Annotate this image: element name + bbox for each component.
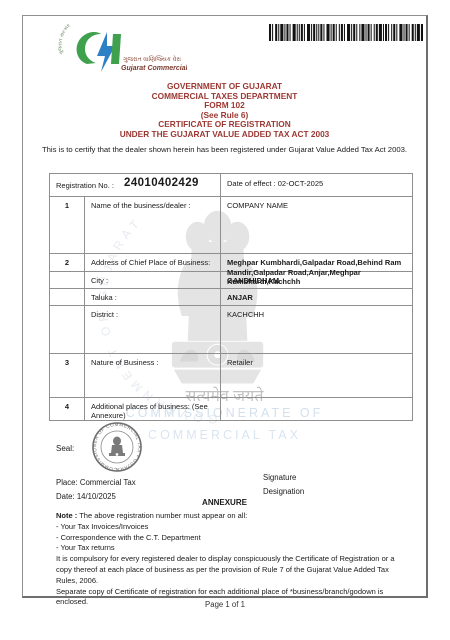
logo-green-swoosh (77, 32, 101, 64)
signature-label: Signature (263, 471, 304, 485)
designation-label: Designation (263, 485, 304, 499)
registration-number-label: Registration No. : (56, 181, 114, 190)
row-label: District : (84, 306, 220, 353)
logo-arc-text: ગુજરાત સરકાર (57, 22, 72, 55)
annexure-note-block: Note : The above registration number mus… (56, 511, 402, 608)
registration-number-cell: Registration No. : 24010402429 (50, 174, 220, 196)
note-text: The above registration number must appea… (79, 511, 247, 520)
row-number (50, 289, 84, 305)
row-label: City : (84, 272, 220, 288)
row-number (50, 306, 84, 353)
row-value: Meghpar Kumbhardi,Galpadar Road,Behind R… (220, 254, 412, 271)
header-act: UNDER THE GUJARAT VALUE ADDED TAX ACT 20… (23, 130, 426, 140)
note-paragraph-display-rule: It is compulsory for every registered de… (56, 554, 402, 586)
official-seal: COMMISSIONER OF COMMERCIAL TAX • GUJARAT… (91, 421, 143, 473)
annexure-title: ANNEXURE (23, 498, 426, 507)
seal-label: Seal: (56, 444, 74, 453)
note-item-invoices: - Your Tax Invoices/Invoices (56, 522, 402, 533)
table-row-address: 2 Address of Chief Place of Business: Me… (50, 254, 412, 272)
row-value: Retailer (220, 354, 412, 397)
table-row-taluka: Taluka : ANJAR (50, 289, 412, 306)
logo-green-bar (111, 34, 121, 64)
table-row-additional-places: 4 Additional places of business: (See An… (50, 398, 412, 420)
date-of-effect-label: Date of effect : (227, 179, 276, 188)
logo-graphic: ગુજરાત સરકાર ગુજરાત વાણિજ્યિક વેરા Gujar… (57, 20, 187, 76)
note-item-returns: - Your Tax returns (56, 543, 402, 554)
document-header: GOVERNMENT OF GUJARAT COMMERCIAL TAXES D… (23, 82, 426, 140)
note-label: Note : (56, 511, 77, 520)
note-line: Note : The above registration number mus… (56, 511, 402, 522)
registration-number-value: 24010402429 (124, 177, 199, 189)
row-value: GANDHIDHAM (220, 272, 412, 288)
place-value: Commercial Tax (80, 478, 136, 487)
table-row-city: City : GANDHIDHAM (50, 272, 412, 289)
barcode (269, 24, 423, 41)
row-value (220, 398, 412, 420)
table-row-district: District : KACHCHH (50, 306, 412, 354)
place-label: Place: (56, 478, 78, 487)
row-number: 3 (50, 354, 84, 397)
seal-emblem (109, 437, 125, 457)
row-number: 2 (50, 254, 84, 271)
certify-statement: This is to certify that the dealer shown… (23, 145, 426, 154)
row-number: 1 (50, 197, 84, 253)
row-number (50, 272, 84, 288)
logo-gujarati-name: ગુજરાત વાણિજ્યિક વેરા (123, 55, 182, 63)
signature-block: Signature Designation (263, 471, 304, 499)
row-label: Name of the business/dealer : (84, 197, 220, 253)
row-label: Taluka : (84, 289, 220, 305)
row-number: 4 (50, 398, 84, 420)
row-label: Nature of Business : (84, 354, 220, 397)
row-value: KACHCHH (220, 306, 412, 353)
date-of-effect-cell: Date of effect : 02-OCT-2025 (220, 174, 412, 196)
note-paragraph-separate-copy: Separate copy of Certificate of registra… (56, 587, 402, 609)
watermark-org-line2: COMMERCIAL TAX (23, 428, 426, 442)
place-line: Place: Commercial Tax (56, 476, 136, 490)
table-row-name: 1 Name of the business/dealer : COMPANY … (50, 197, 412, 254)
logo-english-name: Gujarat Commercial Tax (121, 65, 187, 72)
date-of-effect-value: 02-OCT-2025 (278, 179, 323, 188)
row-value: ANJAR (220, 289, 412, 305)
registration-table: Registration No. : 24010402429 Date of e… (49, 173, 413, 421)
row-label: Additional places of business: (See Anne… (84, 398, 220, 420)
note-item-correspondence: - Correspondence with the C.T. Departmen… (56, 533, 402, 544)
row-label: Address of Chief Place of Business: (84, 254, 220, 271)
registration-number-row: Registration No. : 24010402429 Date of e… (50, 174, 412, 197)
gujarat-commercial-tax-logo: ગુજરાત સરકાર ગુજરાત વાણિજ્યિક વેરા Gujar… (57, 20, 187, 76)
row-value: COMPANY NAME (220, 197, 412, 253)
table-row-nature-of-business: 3 Nature of Business : Retailer (50, 354, 412, 398)
certificate-page: ગુજરાત સરકાર ગુજરાત વાણિજ્યિક વેરા Gujar… (22, 15, 428, 598)
